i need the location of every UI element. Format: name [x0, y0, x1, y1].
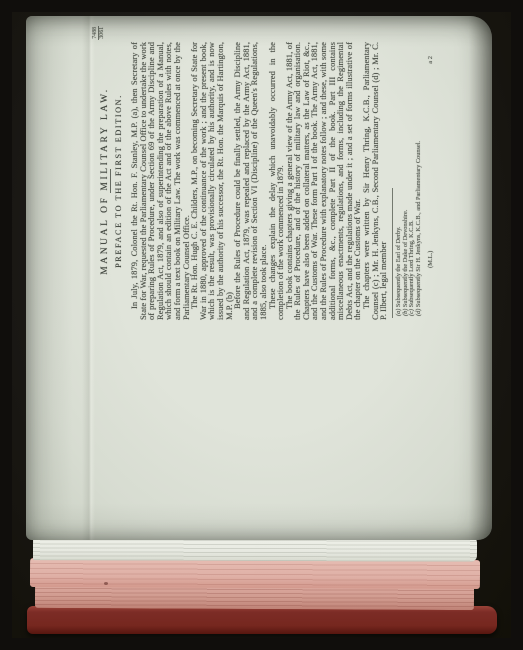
body-paragraph: Before the Rules of Procedure could be f… — [233, 42, 267, 320]
catalog-number: 7488 3061 — [92, 26, 105, 40]
preface-heading: PREFACE TO THE FIRST EDITION. — [114, 42, 123, 320]
footnote-divider-rule — [392, 188, 393, 318]
screenshot-root: { "page": { "running_header": { "title":… — [0, 0, 523, 650]
body-paragraph: The chapters were written by Sir Henry T… — [362, 42, 388, 320]
footnote-item: (d) Subsequently Sir H. Jenkyns, K.C.B.,… — [416, 42, 423, 320]
signature-mark: a 2 — [427, 56, 434, 64]
book-photo: MANUAL OF MILITARY LAW. 7488 3061 PREFAC… — [12, 12, 511, 638]
body-paragraph: The Rt. Hon. Hugh C. E. Childers, M.P., … — [190, 42, 233, 320]
body-paragraph: In July, 1879, Colonel the Rt. Hon. F. S… — [130, 42, 190, 320]
book-cover — [27, 606, 497, 634]
footnotes: (a) Subsequently the Earl of Derby.(b) S… — [396, 42, 423, 320]
catalog-number-bottom: 3061 — [99, 26, 105, 40]
printers-mark: (M.L.) — [427, 251, 434, 268]
text-column: MANUAL OF MILITARY LAW. 7488 3061 PREFAC… — [94, 42, 434, 320]
body-paragraph: These changes explain the delay which un… — [268, 42, 285, 320]
body-text: In July, 1879, Colonel the Rt. Hon. F. S… — [130, 42, 388, 320]
dust-speck — [104, 582, 108, 585]
book-page: MANUAL OF MILITARY LAW. 7488 3061 PREFAC… — [26, 16, 492, 540]
running-title: MANUAL OF MILITARY LAW. — [100, 87, 110, 275]
page-footer: (M.L.) a 2 — [427, 42, 434, 320]
header-divider-rule — [110, 169, 111, 193]
rotated-page-area: MANUAL OF MILITARY LAW. 7488 3061 PREFAC… — [90, 28, 486, 362]
footnote-text: Subsequently Sir H. Jenkyns, K.C.B., and… — [415, 141, 422, 309]
running-header: MANUAL OF MILITARY LAW. 7488 3061 — [94, 42, 107, 320]
page-readable-content: MANUAL OF MILITARY LAW. 7488 3061 PREFAC… — [90, 28, 486, 362]
body-paragraph: The book contains chapters giving a gene… — [285, 42, 362, 320]
page-edges-red-upper — [30, 558, 480, 589]
footnote-marker: (d) — [415, 309, 422, 316]
